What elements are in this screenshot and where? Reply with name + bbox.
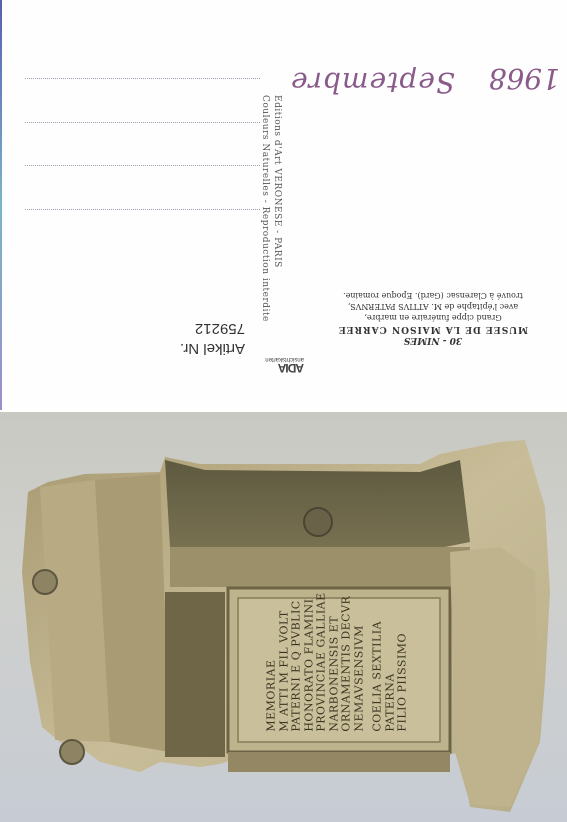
caption-line-1: Grand cippe funéraire en marbre, [318, 312, 548, 323]
postcard-photo: MEMORIAEM ATTI M FIL VOLTPATERNI E Q PVB… [0, 412, 567, 822]
inscription-line: FILIO PIISSIMO [396, 592, 409, 731]
inscription-line: MEMORIAE [265, 592, 278, 731]
inscription-line: NEMAVSENSIVM [353, 592, 366, 731]
handwritten-year: 1968 [489, 58, 560, 98]
address-line [25, 165, 260, 166]
publisher-info: Editions d'Art VERONESE - PARIS Couleurs… [259, 95, 283, 322]
inscription-panel: MEMORIAEM ATTI M FIL VOLTPATERNI E Q PVB… [232, 588, 442, 736]
article-number: 759212 [165, 318, 245, 338]
inscription-line: COELIA SEXTILIA [371, 592, 384, 731]
publisher-line-1: Editions d'Art VERONESE - PARIS [271, 95, 283, 322]
address-line [25, 78, 260, 79]
postcard-back: Editions d'Art VERONESE - PARIS Couleurs… [0, 0, 567, 410]
caption-line-2: avec l'épitaphe de M. ATTIVS PATERNVS, [318, 301, 548, 312]
address-line [25, 209, 260, 210]
address-line [25, 122, 260, 123]
caption-line-3: trouvé à Clarensac (Gard). Epoque romain… [318, 290, 548, 301]
card-edge [0, 0, 2, 410]
caption-museum: MUSEE DE LA MAISON CARREE [318, 323, 548, 334]
inscription-line: PATERNI E Q PVBLIC [290, 592, 303, 731]
card-caption: 30 - NIMES MUSEE DE LA MAISON CARREE Gra… [318, 290, 548, 345]
logo-subtext: ansichtskarten [262, 355, 304, 362]
inscription-line: ORNAMENTIS DECVR [340, 592, 353, 731]
inscription-line: PROVINCIAE GALLIAE [315, 592, 328, 731]
publisher-line-2: Couleurs Naturelles - Reproduction inter… [259, 95, 271, 322]
article-number-block: Artikel Nr. 759212 [165, 318, 245, 358]
handwritten-date: Septembre 1968 [300, 40, 560, 110]
publisher-logo: ADIA ansichtskarten [262, 348, 304, 374]
article-label: Artikel Nr. [165, 338, 245, 358]
handwritten-month: Septembre [290, 62, 455, 102]
logo-text: ADIA [262, 362, 304, 374]
caption-city: 30 - NIMES [318, 334, 548, 345]
inscription-text: MEMORIAEM ATTI M FIL VOLTPATERNI E Q PVB… [265, 592, 409, 731]
